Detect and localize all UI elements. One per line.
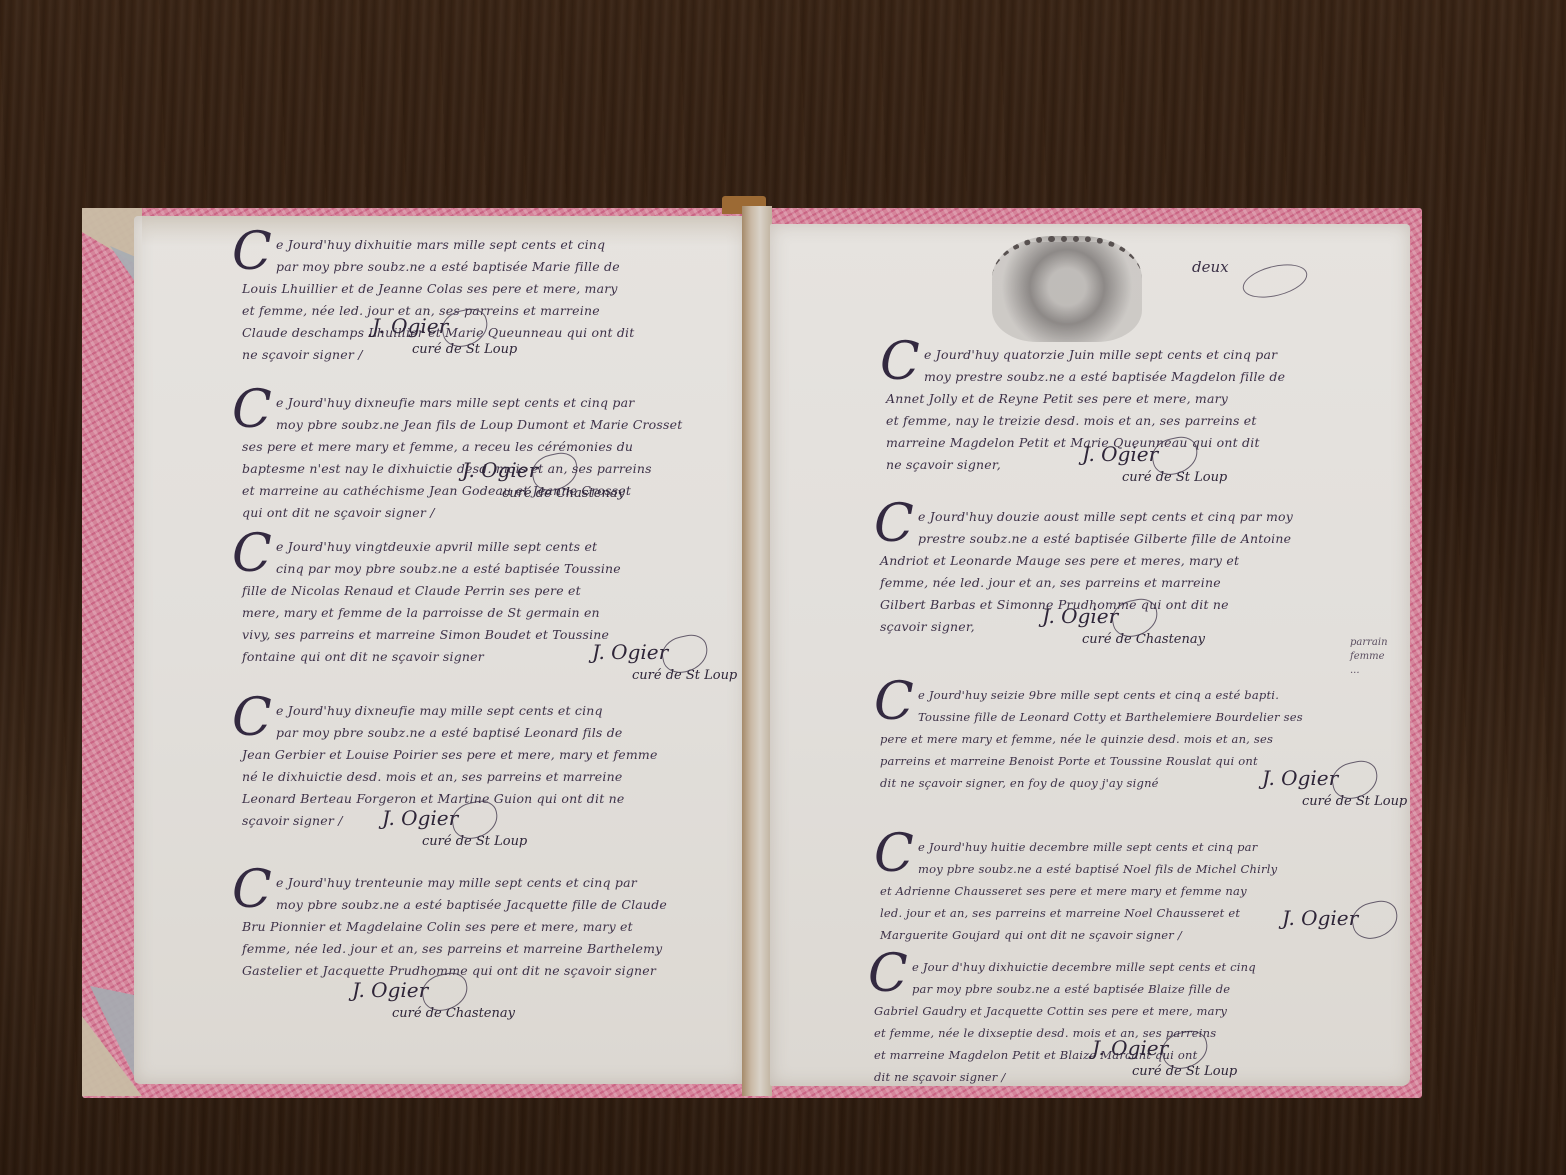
entry-line: moy pbre soubz.ne a esté baptisée Jacque… bbox=[242, 894, 662, 916]
tax-stamp-icon bbox=[992, 236, 1142, 342]
entry-line: e Jourd'huy dixhuitie mars mille sept ce… bbox=[260, 234, 634, 256]
entry-line: e Jourd'huy vingtdeuxie apvril mille sep… bbox=[260, 536, 609, 558]
entry-initial: C bbox=[874, 832, 914, 876]
baptism-entry: C e Jourd'huy vingtdeuxie apvril mille s… bbox=[260, 536, 609, 668]
entry-initial: C bbox=[868, 952, 908, 996]
entry-line: fille de Nicolas Renaud et Claude Perrin… bbox=[242, 580, 609, 602]
entry-line: e Jourd'huy trenteunie may mille sept ce… bbox=[260, 872, 662, 894]
baptism-entry: C e Jourd'huy huitie decembre mille sept… bbox=[902, 836, 1247, 946]
entry-initial: C bbox=[874, 502, 914, 546]
entry-line: Toussine fille de Leonard Cotty et Barth… bbox=[880, 706, 1273, 728]
entry-line: dit ne sçavoir signer, en foy de quoy j'… bbox=[880, 772, 1273, 794]
priest-signature: J. Ogier curé de St Loup bbox=[382, 806, 527, 849]
entry-line: moy pbre soubz.ne Jean fils de Loup Dumo… bbox=[242, 414, 652, 436]
entry-line: Jean Gerbier et Louise Poirier ses pere … bbox=[242, 744, 658, 766]
entry-line: cinq par moy pbre soubz.ne a esté baptis… bbox=[260, 558, 609, 580]
entry-line: et Adrienne Chausseret ses pere et mere … bbox=[880, 880, 1247, 902]
entry-line: moy prestre soubz.ne a esté baptisée Mag… bbox=[886, 366, 1261, 388]
entry-line: fontaine qui ont dit ne sçavoir signer bbox=[242, 646, 609, 668]
baptism-entry: C e Jourd'huy seizie 9bre mille sept cen… bbox=[902, 684, 1273, 794]
book-spine bbox=[742, 206, 772, 1096]
entry-line: e Jourd'huy huitie decembre mille sept c… bbox=[902, 836, 1247, 858]
entry-line: qui ont dit ne sçavoir signer / bbox=[242, 502, 652, 524]
open-register-book: C e Jourd'huy dixhuitie mars mille sept … bbox=[82, 196, 1434, 1101]
entry-line: par moy pbre soubz.ne a esté baptisée Bl… bbox=[874, 978, 1240, 1000]
entry-line: par moy pbre soubz.ne a esté baptisé Leo… bbox=[242, 722, 658, 744]
entry-line: e Jourd'huy quatorzie Juin mille sept ce… bbox=[908, 344, 1261, 366]
entry-line: e Jour d'huy dixhuictie decembre mille s… bbox=[896, 956, 1240, 978]
priest-signature: J. Ogier curé de St Loup bbox=[1262, 766, 1407, 809]
entry-line: e Jourd'huy dixneufie mars mille sept ce… bbox=[260, 392, 652, 414]
entry-initial: C bbox=[880, 340, 920, 384]
margin-note-line: ... bbox=[1350, 664, 1388, 678]
priest-signature: J. Ogier curé de St Loup bbox=[1082, 442, 1227, 485]
entry-line: ses pere et mere mary et femme, a receu … bbox=[242, 436, 652, 458]
margin-note: parrain femme ... bbox=[1350, 636, 1388, 678]
entry-initial: C bbox=[232, 388, 272, 432]
entry-line: Andriot et Leonarde Mauge ses pere et me… bbox=[880, 550, 1277, 572]
entry-line: par moy pbre soubz.ne a esté baptisée Ma… bbox=[242, 256, 634, 278]
entry-line: né le dixhuictie desd. mois et an, ses p… bbox=[242, 766, 658, 788]
entry-initial: C bbox=[232, 696, 272, 740]
entry-line: prestre soubz.ne a esté baptisée Gilbert… bbox=[880, 528, 1277, 550]
signature-title: curé de Chastenay bbox=[392, 1006, 515, 1021]
entry-line: Gabriel Gaudry et Jacquette Cottin ses p… bbox=[874, 1000, 1240, 1022]
signature-name: J. Ogier bbox=[1282, 906, 1358, 930]
entry-initial: C bbox=[874, 680, 914, 724]
entry-line: parreins et marreine Benoist Porte et To… bbox=[880, 750, 1273, 772]
entry-line: Marguerite Goujard qui ont dit ne sçavoi… bbox=[880, 924, 1247, 946]
priest-signature: J. Ogier bbox=[1282, 906, 1358, 930]
margin-note-line: femme bbox=[1350, 650, 1388, 664]
entry-line: Bru Pionnier et Magdelaine Colin ses per… bbox=[242, 916, 662, 938]
signature-title: curé de Chastenay bbox=[1082, 632, 1205, 647]
baptism-entry: C e Jourd'huy trenteunie may mille sept … bbox=[260, 872, 662, 982]
entry-initial: C bbox=[232, 230, 272, 274]
entry-line: e Jourd'huy douzie aoust mille sept cent… bbox=[902, 506, 1277, 528]
priest-signature: J. Ogier curé de Chastenay bbox=[1042, 604, 1205, 647]
entry-line: moy pbre soubz.ne a esté baptisé Noel fi… bbox=[880, 858, 1247, 880]
priest-signature: J. Ogier curé de St Loup bbox=[372, 314, 517, 357]
entry-line: led. jour et an, ses parreins et marrein… bbox=[880, 902, 1247, 924]
entry-line: e Jourd'huy dixneufie may mille sept cen… bbox=[260, 700, 658, 722]
entry-initial: C bbox=[232, 532, 272, 576]
priest-signature: J. Ogier curé de Chastenay bbox=[352, 978, 515, 1021]
priest-signature: J. Ogier curé de St Loup bbox=[592, 640, 737, 683]
margin-note-line: parrain bbox=[1350, 636, 1388, 650]
entry-line: mere, mary et femme de la parroisse de S… bbox=[242, 602, 609, 624]
entry-initial: C bbox=[232, 868, 272, 912]
folio-number: deux bbox=[1192, 258, 1229, 276]
entry-line: e Jourd'huy seizie 9bre mille sept cents… bbox=[902, 684, 1273, 706]
entry-line: pere et mere mary et femme, née le quinz… bbox=[880, 728, 1273, 750]
priest-signature: J. Ogier curé de Chastenay bbox=[462, 458, 625, 501]
entry-line: Louis Lhuillier et de Jeanne Colas ses p… bbox=[242, 278, 634, 300]
entry-line: Annet Jolly et de Reyne Petit ses pere e… bbox=[886, 388, 1261, 410]
priest-signature: J. Ogier curé de St Loup bbox=[1092, 1036, 1237, 1079]
entry-line: et femme, nay le treizie desd. mois et a… bbox=[886, 410, 1261, 432]
entry-line: vivy, ses parreins et marreine Simon Bou… bbox=[242, 624, 609, 646]
entry-line: femme, née led. jour et an, ses parreins… bbox=[242, 938, 662, 960]
signature-title: curé de Chastenay bbox=[502, 486, 625, 501]
entry-line: femme, née led. jour et an, ses parreins… bbox=[880, 572, 1277, 594]
